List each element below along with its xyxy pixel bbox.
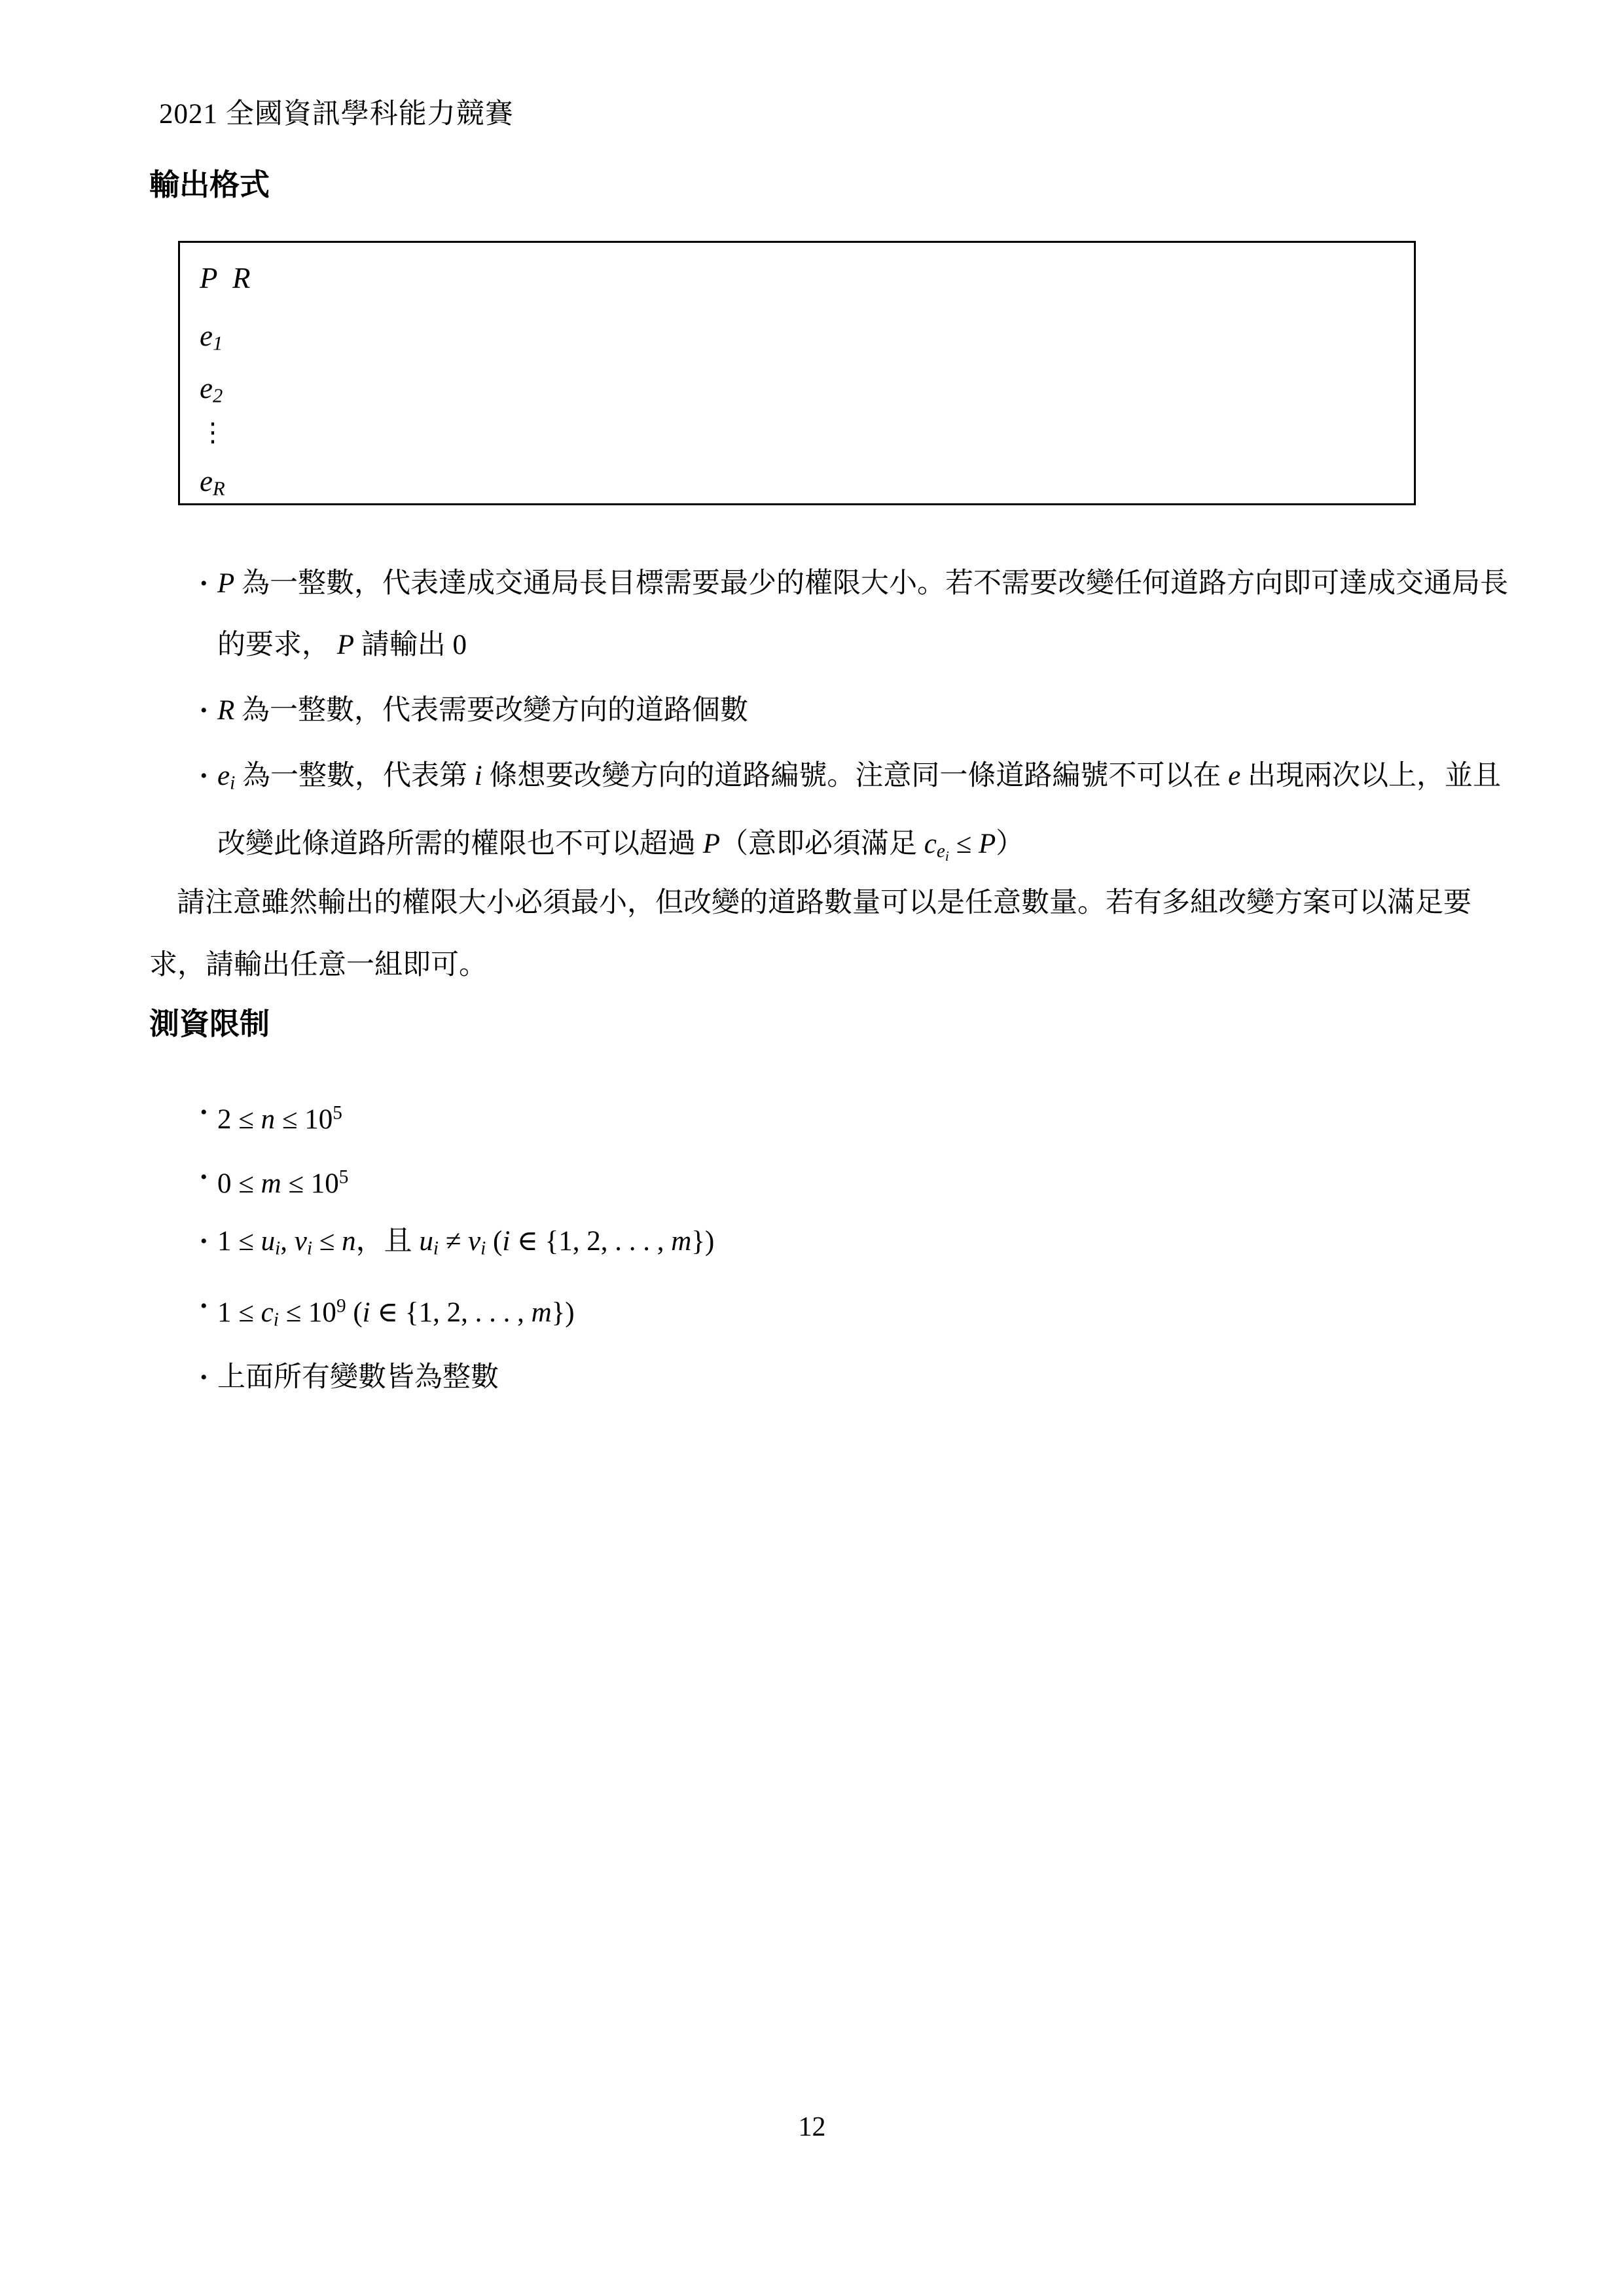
bullet-item-p: • P 為一整數，代表達成交通局長目標需要最少的權限大小。若不需要改變任何道路方…: [171, 553, 1519, 676]
bullet-dot: •: [200, 1278, 208, 1335]
bullet-item-ei: • ei 為一整數，代表第 i 條想要改變方向的道路編號。注意同一條道路編號不可…: [171, 745, 1519, 887]
page-number: 12: [0, 2111, 1624, 2143]
section-heading-constraints: 測資限制: [149, 1007, 270, 1041]
constraint-text: 上面所有變數皆為整數: [217, 1362, 499, 1393]
constraint-item-c: • 1 ≤ ci ≤ 109 (i ∈ {1, 2, . . . , m}): [171, 1278, 1519, 1349]
constraints-list: • 2 ≤ n ≤ 105 • 0 ≤ m ≤ 105 • 1 ≤ ui, vi…: [171, 1084, 1519, 1407]
bullet-dot: •: [200, 1349, 208, 1407]
bullet-item-r: • R 為一整數，代表需要改變方向的道路個數: [171, 680, 1519, 742]
constraint-item-integers: • 上面所有變數皆為整數: [171, 1349, 1519, 1407]
constraint-text: 1 ≤ ui, vi ≤ n，且 ui ≠ vi (i ∈ {1, 2, . .…: [217, 1226, 714, 1257]
document-page: 2021 全國資訊學科能力競賽 輸出格式 P R e1 e2 ⋮ eR • P …: [0, 0, 1624, 2296]
page-header: 2021 全國資訊學科能力競賽: [159, 97, 514, 132]
bullet-text: ei 為一整數，代表第 i 條想要改變方向的道路編號。注意同一條道路編號不可以在…: [217, 761, 1501, 859]
constraint-item-m: • 0 ≤ m ≤ 105: [171, 1149, 1519, 1213]
section-heading-output-format: 輸出格式: [149, 168, 270, 202]
constraint-item-uv: • 1 ≤ ui, vi ≤ n，且 ui ≠ vi (i ∈ {1, 2, .…: [171, 1213, 1519, 1277]
code-line-e2: e2: [200, 362, 1414, 414]
bullet-dot: •: [200, 553, 208, 615]
output-format-bullet-list: • P 為一整數，代表達成交通局長目標需要最少的權限大小。若不需要改變任何道路方…: [171, 553, 1519, 891]
constraint-text: 0 ≤ m ≤ 105: [217, 1168, 348, 1199]
bullet-dot: •: [200, 1149, 208, 1206]
code-line-er: eR: [200, 455, 1414, 507]
constraint-text: 2 ≤ n ≤ 105: [217, 1104, 342, 1135]
code-line-p-r: P R: [200, 252, 1414, 304]
constraint-item-n: • 2 ≤ n ≤ 105: [171, 1084, 1519, 1149]
output-format-box: P R e1 e2 ⋮ eR: [178, 241, 1416, 505]
bullet-dot: •: [200, 680, 208, 742]
constraint-text: 1 ≤ ci ≤ 109 (i ∈ {1, 2, . . . , m}): [217, 1297, 575, 1328]
bullet-text: P 為一整數，代表達成交通局長目標需要最少的權限大小。若不需要改變任何道路方向即…: [217, 568, 1508, 660]
code-line-e1: e1: [200, 310, 1414, 362]
bullet-dot: •: [200, 1084, 208, 1141]
vertical-ellipsis: ⋮: [200, 414, 1414, 455]
note-paragraph: 請注意雖然輸出的權限大小必須最小，但改變的道路數量可以是任意數量。若有多組改變方…: [149, 872, 1519, 996]
bullet-dot: •: [200, 1213, 208, 1270]
bullet-dot: •: [200, 745, 208, 807]
bullet-text: R 為一整數，代表需要改變方向的道路個數: [217, 695, 748, 726]
